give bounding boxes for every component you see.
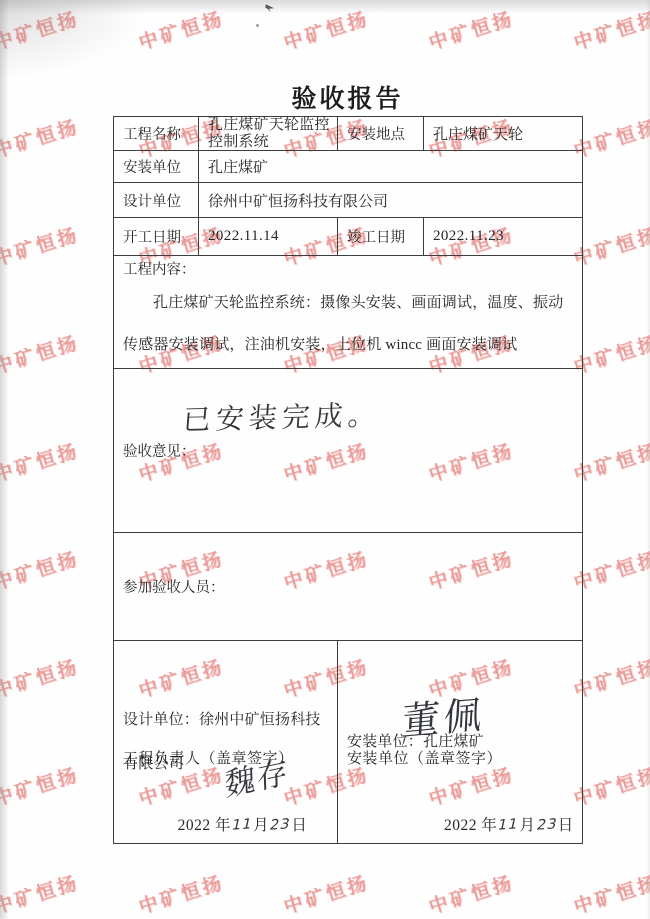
installer-label: 安装单位	[114, 151, 199, 183]
content-label: 工程内容：	[123, 258, 580, 279]
date-day-char: 日	[291, 817, 307, 834]
installer-sign-date: 2022 年11月23日	[444, 813, 574, 835]
document-title: 验收报告	[113, 79, 582, 115]
installer-sign-label: 安装单位（盖章签字）	[347, 747, 502, 768]
row-dates: 开工日期 2022.11.14 竣工日期 2022.11.23	[114, 218, 583, 256]
participants-label: 参加验收人员：	[123, 576, 580, 597]
date-day-char: 日	[558, 817, 574, 834]
scan-speck	[256, 24, 259, 27]
installer-signature-cell: 安装单位：孔庄煤矿 董佩 安装单位（盖章签字） 2022 年11月23日	[338, 641, 583, 844]
report-table: 工程名称 孔庄煤矿天轮监控控制系统 安装地点 孔庄煤矿天轮 安装单位 孔庄煤矿 …	[113, 116, 583, 844]
designer-value: 徐州中矿恒扬科技有限公司	[199, 183, 583, 218]
content-text: 孔庄煤矿天轮监控系统：摄像头安装、画面调试，温度、振动传感器安装调试，注油机安装…	[123, 282, 575, 366]
row-installer: 安装单位 孔庄煤矿	[114, 151, 583, 183]
designer-label: 设计单位	[114, 183, 199, 218]
scanned-acceptance-report: 中矿恒扬中矿恒扬中矿恒扬中矿恒扬中矿恒扬中矿恒扬中矿恒扬中矿恒扬中矿恒扬中矿恒扬…	[0, 0, 650, 919]
row-opinion: 验收意见： 已安装完成。	[114, 369, 583, 533]
document-body: 验收报告 工程名称 孔庄煤矿天轮监控控制系统 安装地点 孔庄煤矿天轮 安装单位 …	[0, 0, 650, 919]
date-day-handwritten: 23	[267, 816, 293, 834]
row-content: 工程内容： 孔庄煤矿天轮监控系统：摄像头安装、画面调试，温度、振动传感器安装调试…	[114, 256, 583, 369]
project-name-label: 工程名称	[114, 117, 199, 151]
participants-cell: 参加验收人员：	[114, 533, 583, 641]
date-day-handwritten: 23	[534, 816, 560, 834]
date-year: 2022 年	[444, 817, 497, 834]
location-value: 孔庄煤矿天轮	[424, 117, 583, 151]
row-designer: 设计单位 徐州中矿恒扬科技有限公司	[114, 183, 583, 218]
content-cell: 工程内容： 孔庄煤矿天轮监控系统：摄像头安装、画面调试，温度、振动传感器安装调试…	[114, 256, 583, 369]
designer-signature-cell: 设计单位：徐州中矿恒扬科技有限公司 工程负责人（盖章签字） 魏存 2022 年1…	[114, 641, 338, 844]
installer-value: 孔庄煤矿	[199, 151, 583, 183]
opinion-label: 验收意见：	[123, 440, 580, 461]
location-label: 安装地点	[338, 117, 424, 151]
row-signatures: 设计单位：徐州中矿恒扬科技有限公司 工程负责人（盖章签字） 魏存 2022 年1…	[114, 641, 583, 844]
date-month-handwritten: 11	[495, 816, 521, 834]
start-date-value: 2022.11.14	[199, 218, 338, 256]
date-month-char: 月	[520, 817, 536, 834]
date-year: 2022 年	[178, 817, 231, 834]
row-participants: 参加验收人员：	[114, 533, 583, 641]
opinion-handwriting: 已安装完成。	[181, 393, 382, 438]
designer-sign-date: 2022 年11月23日	[114, 813, 337, 835]
date-month-handwritten: 11	[229, 816, 255, 834]
row-project-name: 工程名称 孔庄煤矿天轮监控控制系统 安装地点 孔庄煤矿天轮	[114, 117, 583, 151]
installer-signature: 董佩	[401, 683, 488, 746]
start-date-label: 开工日期	[114, 218, 199, 256]
project-name-value: 孔庄煤矿天轮监控控制系统	[199, 117, 338, 151]
opinion-cell: 验收意见： 已安装完成。	[114, 369, 583, 533]
finish-date-value: 2022.11.23	[424, 218, 583, 256]
finish-date-label: 竣工日期	[338, 218, 424, 256]
